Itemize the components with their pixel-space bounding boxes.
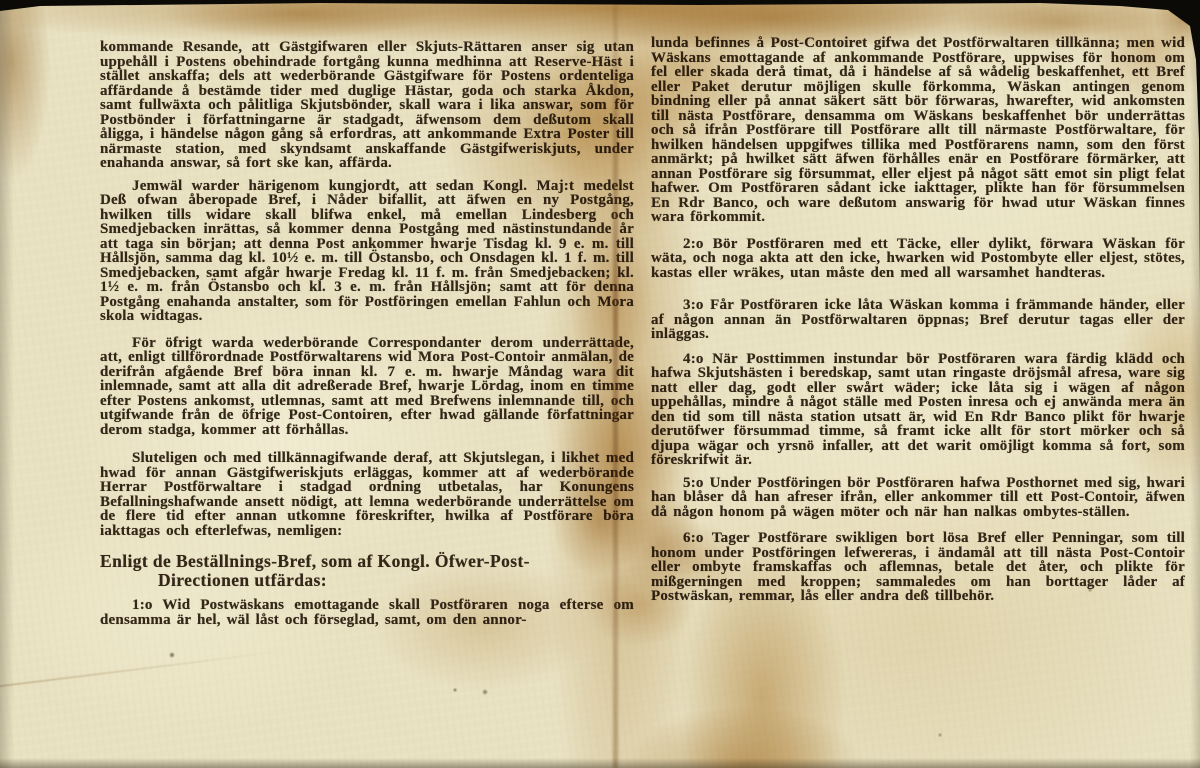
paper-sheet: kommande Resande, att Gästgifwaren eller… — [0, 0, 1200, 768]
numbered-item-6: 6:o Tager Postförare swikligen bort lösa… — [651, 531, 1185, 604]
section-heading: Enligt de Beställnings-Bref, som af Kong… — [100, 552, 634, 590]
heading-line: Directionen utfärdas: — [158, 571, 327, 590]
numbered-item-2: 2:o Bör Postföraren med ett Täcke, eller… — [651, 237, 1185, 281]
page-right: lunda befinnes å Post-Contoiret gifwa de… — [651, 36, 1185, 604]
paragraph-continuation: lunda befinnes å Post-Contoiret gifwa de… — [651, 36, 1185, 225]
numbered-item-1: 1:o Wid Postwäskans emottagande skall Po… — [100, 598, 634, 627]
paragraph: För öfrigt warda wederbörande Correspond… — [100, 336, 634, 438]
page-left: kommande Resande, att Gästgifwaren eller… — [100, 40, 634, 627]
numbered-item-4: 4:o När Posttimmen instundar bör Postför… — [651, 352, 1185, 468]
paragraph: Sluteligen och med tillkännagifwande der… — [100, 451, 634, 538]
paragraph-continuation: kommande Resande, att Gästgifwaren eller… — [100, 40, 634, 171]
paragraph: Jemwäl warder härigenom kungjordt, att s… — [100, 179, 634, 324]
numbered-item-5: 5:o Under Postföringen bör Postföraren h… — [651, 476, 1185, 520]
document-photo: kommande Resande, att Gästgifwaren eller… — [0, 0, 1200, 768]
heading-line: Enligt de Beställnings-Bref, som af Kong… — [100, 551, 530, 571]
bottom-left-crease — [0, 650, 289, 689]
numbered-item-3: 3:o Får Postföraren icke låta Wäskan kom… — [651, 298, 1185, 342]
